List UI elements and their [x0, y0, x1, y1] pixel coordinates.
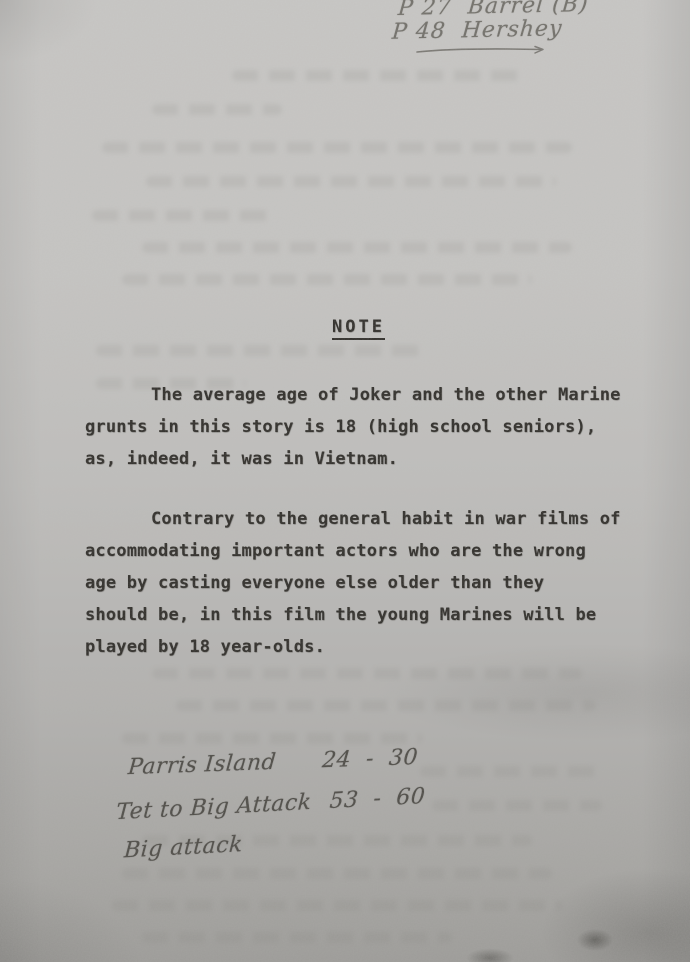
typed-line: The average age of Joker and the other M… — [85, 379, 645, 411]
ghost-text-line — [146, 176, 556, 187]
ghost-text-line — [152, 668, 582, 679]
ghost-text-line — [142, 242, 572, 253]
scene-label: Big attack — [123, 832, 243, 863]
page-range: 53 - 60 — [329, 784, 427, 814]
typed-line: accommodating important actors who are t… — [85, 535, 645, 567]
ghost-text-line — [142, 932, 452, 943]
handwritten-scene-row-tet-to-big-attack: Tet to Big Attack 53 - 60 — [115, 784, 426, 825]
handwritten-scene-row-parris-island: Parris Island 24 - 30 — [127, 745, 419, 780]
ghost-text-line — [420, 766, 600, 777]
typed-line: should be, in this film the young Marine… — [85, 599, 645, 631]
ghost-text-line — [122, 274, 532, 285]
paragraph-casting: Contrary to the general habit in war fil… — [85, 503, 645, 663]
ghost-text-line — [232, 70, 522, 81]
document-page: P 27 Barrel (B) P 48 Hershey NOTE The av… — [0, 0, 690, 962]
ghost-text-line — [102, 142, 572, 153]
handwritten-note-top-2: P 48 Hershey — [391, 16, 563, 45]
note-heading: NOTE — [332, 317, 385, 340]
typed-line: played by 18 year-olds. — [85, 631, 645, 663]
paragraph-average-age: The average age of Joker and the other M… — [85, 379, 645, 475]
ghost-text-line — [122, 868, 552, 879]
typed-line: grunts in this story is 18 (high school … — [85, 411, 645, 443]
ghost-text-line — [152, 104, 282, 115]
scene-label: Parris Island — [127, 750, 277, 780]
typed-line: Contrary to the general habit in war fil… — [85, 503, 645, 535]
page-range: 24 - 30 — [321, 745, 419, 773]
arrow-underline-icon — [416, 44, 552, 56]
typed-line: age by casting everyone else older than … — [85, 567, 645, 599]
ghost-text-line — [96, 345, 426, 356]
scene-label: Tet to Big Attack — [115, 790, 312, 825]
ghost-text-line — [176, 700, 596, 711]
ghost-text-line — [122, 733, 422, 744]
ghost-text-line — [112, 900, 562, 911]
ghost-text-line — [92, 210, 272, 221]
ghost-text-line — [432, 800, 602, 811]
typed-line: as, indeed, it was in Vietnam. — [85, 443, 645, 475]
